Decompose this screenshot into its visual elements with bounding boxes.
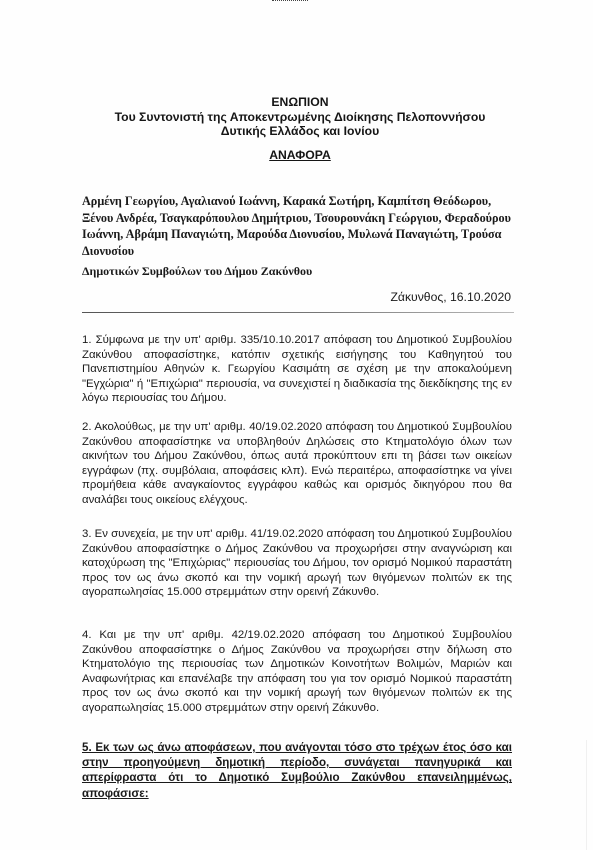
heading-authority-line1: Του Συντονιστή της Αποκεντρωμένης Διοίκη… bbox=[80, 110, 520, 125]
place-date: Ζάκυνθος, 16.10.2020 bbox=[390, 290, 511, 305]
separator-rule bbox=[82, 312, 514, 313]
paragraph-1: 1. Σύμφωνα με την υπ' αριθμ. 335/10.10.2… bbox=[82, 333, 512, 406]
heading-before: ΕΝΩΠΙΟΝ bbox=[80, 95, 520, 110]
signatories-role: Δημοτικών Συμβούλων του Δήμου Ζακύνθου bbox=[82, 264, 514, 279]
paragraph-4: 4. Και με την υπ' αριθμ. 42/19.02.2020 α… bbox=[82, 628, 512, 716]
heading-authority-line2: Δυτικής Ελλάδος και Ιονίου bbox=[80, 124, 520, 139]
page-edge bbox=[586, 740, 587, 850]
document-type-title: ΑΝΑΦΟΡΑ bbox=[80, 148, 520, 163]
paragraph-3: 3. Εν συνεχεία, με την υπ' αριθμ. 41/19.… bbox=[82, 527, 512, 600]
document-page: ΕΝΩΠΙΟΝ Του Συντονιστή της Αποκεντρωμένη… bbox=[0, 0, 593, 850]
signatories-list: Αρμένη Γεωργίου, Αγαλιανού Ιωάννη, Καρακ… bbox=[82, 193, 514, 259]
paragraph-5-emphasis: 5. Εκ των ως άνω αποφάσεων, που ανάγοντα… bbox=[82, 740, 512, 801]
paragraph-2: 2. Ακολούθως, με την υπ' αριθμ. 40/19.02… bbox=[82, 420, 512, 508]
scan-mark bbox=[272, 0, 308, 5]
